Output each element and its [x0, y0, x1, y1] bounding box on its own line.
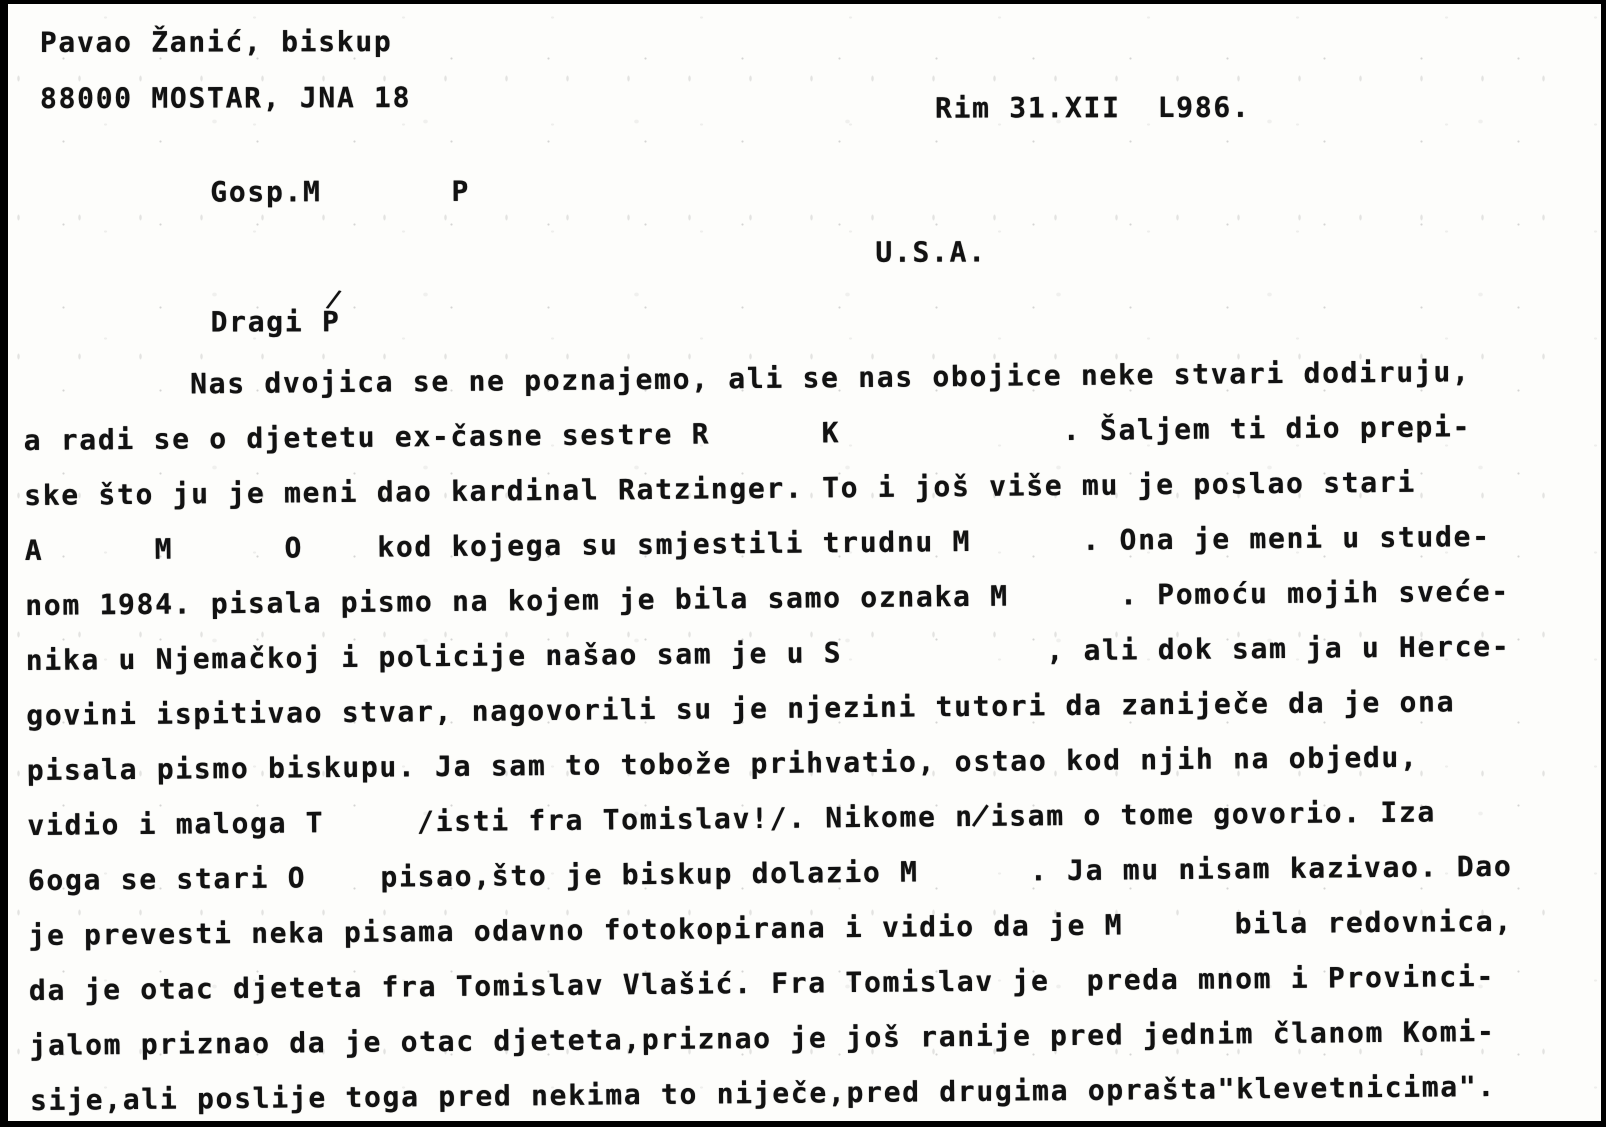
body-paragraph: Nas dvojica se ne poznajemo, ali se nas …: [23, 344, 1515, 1128]
scanned-letter-page: Pavao Žanić, biskup 88000 MOSTAR, JNA 18…: [0, 0, 1606, 1136]
letter-body: Nas dvojica se ne poznajemo, ali se nas …: [0, 0, 1606, 1136]
